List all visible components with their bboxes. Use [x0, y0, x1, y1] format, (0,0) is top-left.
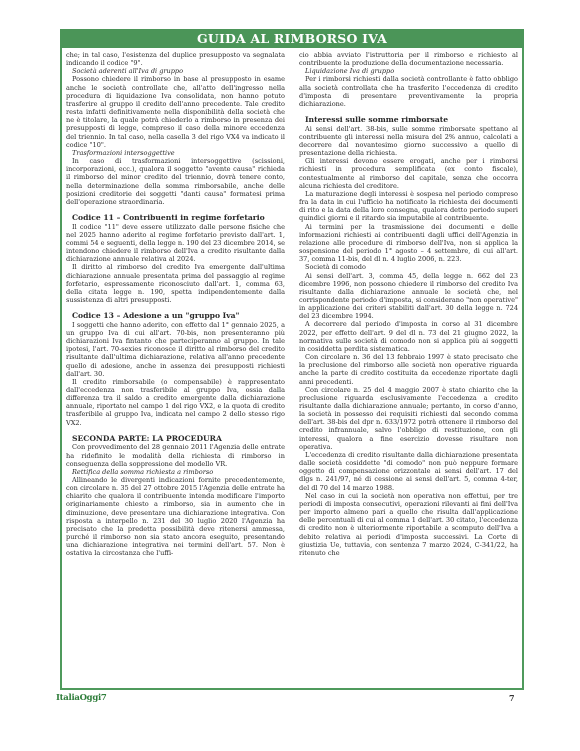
paragraph: cio abbia avviato l'istruttoria per il r…	[299, 51, 518, 67]
paragraph: La maturazione degli interessi è sospesa…	[299, 190, 518, 223]
page-number: 7	[509, 693, 515, 703]
paragraph: Con circolare n. 36 del 13 febbraio 1997…	[299, 353, 518, 386]
paragraph: I soggetti che hanno aderito, con effett…	[66, 321, 285, 378]
paragraph: Nel caso in cui la società non operativa…	[299, 492, 518, 557]
paragraph: Allineando le divergenti indicazioni for…	[66, 476, 285, 558]
article-body: che; in tal caso, l'esistenza del duplic…	[66, 51, 518, 687]
paragraph: L'eccedenza di credito risultante dalla …	[299, 451, 518, 492]
section-heading: Codice 11 – Contribuenti in regime forfe…	[66, 214, 285, 223]
right-column: cio abbia avviato l'istruttoria per il r…	[299, 51, 518, 687]
subheading: Società aderenti all'Iva di gruppo	[66, 67, 285, 75]
subheading: Trasformazioni intersoggettive	[66, 149, 285, 157]
paragraph: Il diritto al rimborso del credito Iva e…	[66, 263, 285, 304]
paragraph: Ai sensi dell'art. 38-bis, sulle somme r…	[299, 125, 518, 158]
paragraph: Possono chiedere il rimborso in base al …	[66, 75, 285, 148]
subheading: Società di comodo	[299, 263, 518, 271]
section-heading: Codice 13 – Adesione a un "gruppo Iva"	[66, 312, 285, 321]
section-heading: Interessi sulle somme rimborsate	[299, 116, 518, 125]
paragraph: Gli interessi devono essere erogati, anc…	[299, 157, 518, 190]
left-column: che; in tal caso, l'esistenza del duplic…	[66, 51, 285, 687]
paragraph: In caso di trasformazioni intersoggettiv…	[66, 157, 285, 206]
paragraph: A decorrere dal periodo d'imposta in cor…	[299, 320, 518, 353]
paragraph: Il credito rimborsabile (o compensabile)…	[66, 378, 285, 427]
paragraph: Con provvedimento del 28 gennaio 2011 l'…	[66, 443, 285, 467]
paragraph: Il codice "11" deve essere utilizzato da…	[66, 223, 285, 264]
section-heading: SECONDA PARTE: LA PROCEDURA	[66, 435, 285, 444]
paragraph: Per i rimborsi richiesti dalla società c…	[299, 75, 518, 108]
section-header: GUIDA AL RIMBORSO IVA	[60, 29, 524, 48]
paragraph: Ai sensi dell'art. 3, comma 45, della le…	[299, 272, 518, 321]
subheading: Rettifica della somma richiesta a rimbor…	[66, 468, 285, 476]
paragraph: Ai termini per la trasmissione dei docum…	[299, 223, 518, 264]
publication-logo: ItaliaOggi7	[56, 693, 107, 703]
paragraph: Con circolare n. 25 del 4 maggio 2007 è …	[299, 386, 518, 451]
paragraph: che; in tal caso, l'esistenza del duplic…	[66, 51, 285, 67]
